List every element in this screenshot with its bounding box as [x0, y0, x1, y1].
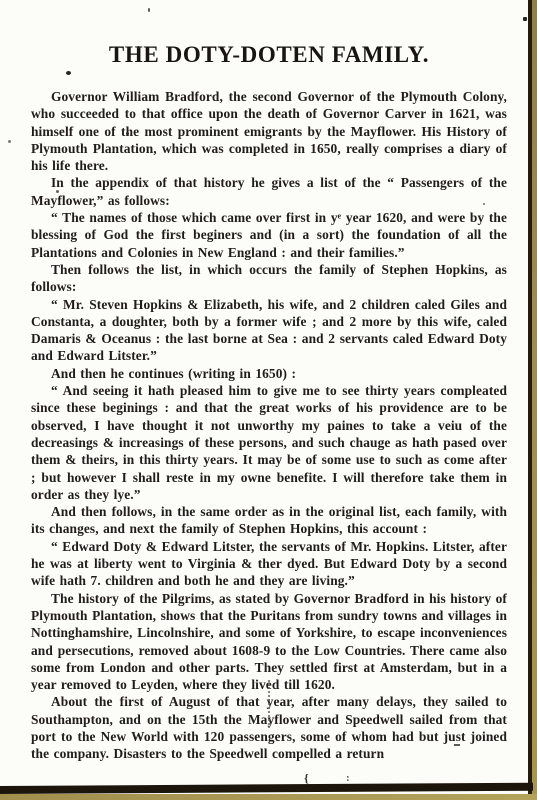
- paragraph: And then follows, in the same order as i…: [31, 503, 507, 538]
- paragraph: “ Mr. Steven Hopkins & Elizabeth, his wi…: [31, 296, 507, 365]
- ink-speck: [8, 140, 11, 143]
- scan-background-right: [532, 0, 537, 800]
- paragraph: Governor William Bradford, the second Go…: [31, 88, 507, 174]
- paragraph: “ The names of those which came over fir…: [31, 209, 507, 261]
- scanned-book-page: THE DOTY-DOTEN FAMILY. Governor William …: [0, 0, 537, 800]
- ink-speck: [126, 132, 129, 135]
- paragraph: And then he continues (writing in 1650) …: [31, 365, 507, 382]
- ink-speck: [483, 203, 485, 205]
- ink-speck: [56, 190, 59, 193]
- paragraph: “ Edward Doty & Edward Litster, the serv…: [31, 538, 507, 590]
- page-text-block: THE DOTY-DOTEN FAMILY. Governor William …: [31, 42, 507, 763]
- paragraph: Then follows the list, in which occurs t…: [31, 261, 507, 296]
- scan-artifact-dotted-line: [268, 680, 270, 728]
- scan-background-bottom: [0, 794, 537, 800]
- page-title: THE DOTY-DOTEN FAMILY.: [31, 42, 507, 68]
- ink-speck: [148, 8, 150, 12]
- ink-speck: [66, 71, 71, 75]
- paragraph: “ And seeing it hath pleased him to give…: [31, 382, 507, 503]
- paragraph: In the appendix of that history he gives…: [31, 174, 507, 209]
- scan-artifact-mark: [454, 744, 460, 746]
- page-edge-shadow-bottom: [0, 783, 533, 794]
- ink-speck: [137, 46, 140, 49]
- paragraph: The history of the Pilgrims, as stated b…: [31, 590, 507, 694]
- scan-artifact-mark: :: [346, 772, 350, 784]
- ink-speck: [523, 17, 527, 21]
